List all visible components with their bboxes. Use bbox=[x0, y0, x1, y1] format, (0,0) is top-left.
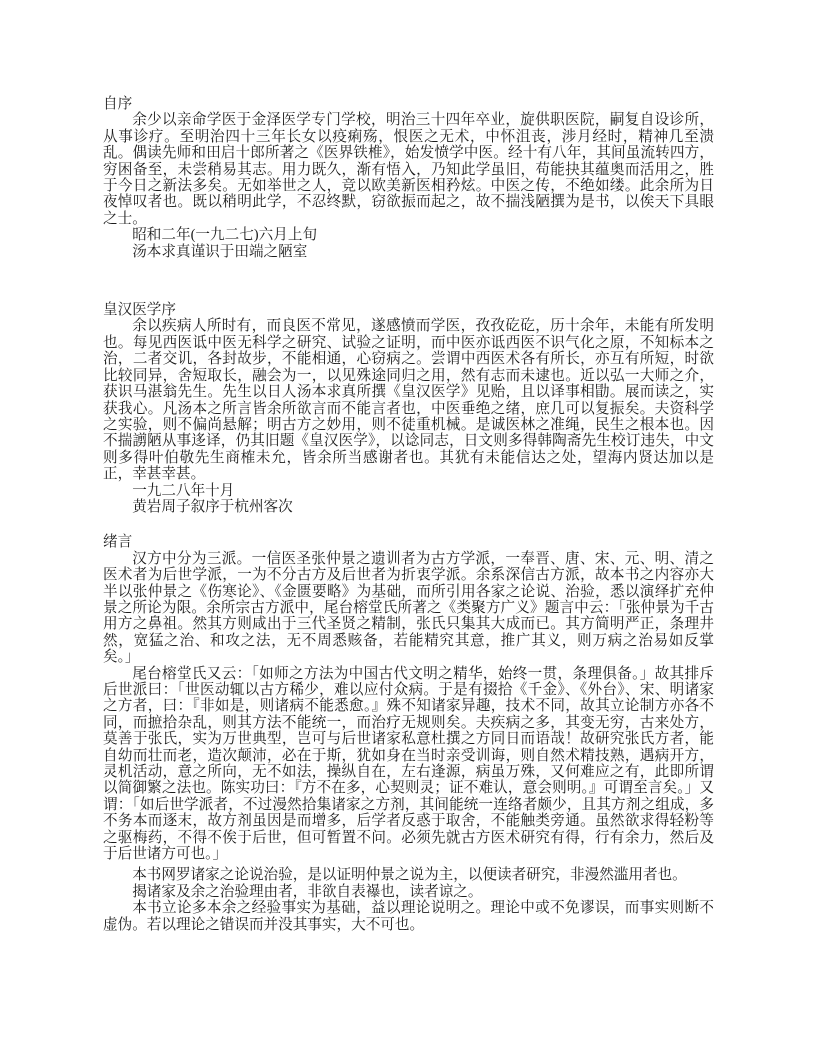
heading-introduction: 绪言 bbox=[103, 534, 714, 550]
signoff-date-line: 昭和二年(一九二七)六月上旬 bbox=[103, 227, 714, 243]
section-introduction: 绪言 汉方中分为三派。一信医圣张仲景之遗训者为古方学派，一奉晋、唐、宋、元、明、… bbox=[103, 534, 714, 933]
signoff-author-line: 黄岩周子叙序于杭州客次 bbox=[103, 499, 714, 515]
paragraph: 本书网罗诸家之论说治验，是以证明仲景之说为主，以便读者研究，非漫然滥用者也。 bbox=[103, 867, 714, 883]
heading-author-preface: 自序 bbox=[103, 96, 714, 112]
paragraph: 本书立论多本余之经验事实为基础，益以理论说明之。理论中或不免谬误，而事实则断不虚… bbox=[103, 900, 714, 933]
paragraph: 揭诸家及余之治验理由者，非欲自表襮也，读者谅之。 bbox=[103, 884, 714, 900]
paragraph: 余以疾病人所时有，而良医不常见，遂感愤而学医，孜孜矻矻，历十余年，未能有所发明也… bbox=[103, 318, 714, 482]
paragraph: 尾台榕堂氏又云：「如师之方法为中国古代文明之精华，始终一贯，条理俱备。」故其排斥… bbox=[103, 666, 714, 863]
book-page: 自序 余少以亲命学医于金泽医学专门学校，明治三十四年卒业，旋供职医院，嗣复自设诊… bbox=[103, 96, 714, 933]
signoff-date-line: 一九二八年十月 bbox=[103, 483, 714, 499]
section-translator-preface: 皇汉医学序 余以疾病人所时有，而良医不常见，遂感愤而学医，孜孜矻矻，历十余年，未… bbox=[103, 302, 714, 515]
heading-translator-preface: 皇汉医学序 bbox=[103, 302, 714, 318]
section-author-preface: 自序 余少以亲命学医于金泽医学专门学校，明治三十四年卒业，旋供职医院，嗣复自设诊… bbox=[103, 96, 714, 260]
signoff-author-line: 汤本求真谨识于田端之陋室 bbox=[103, 244, 714, 260]
paragraph: 余少以亲命学医于金泽医学专门学校，明治三十四年卒业，旋供职医院，嗣复自设诊所，从… bbox=[103, 112, 714, 227]
paragraph: 汉方中分为三派。一信医圣张仲景之遗训者为古方学派，一奉晋、唐、宋、元、明、清之医… bbox=[103, 551, 714, 666]
